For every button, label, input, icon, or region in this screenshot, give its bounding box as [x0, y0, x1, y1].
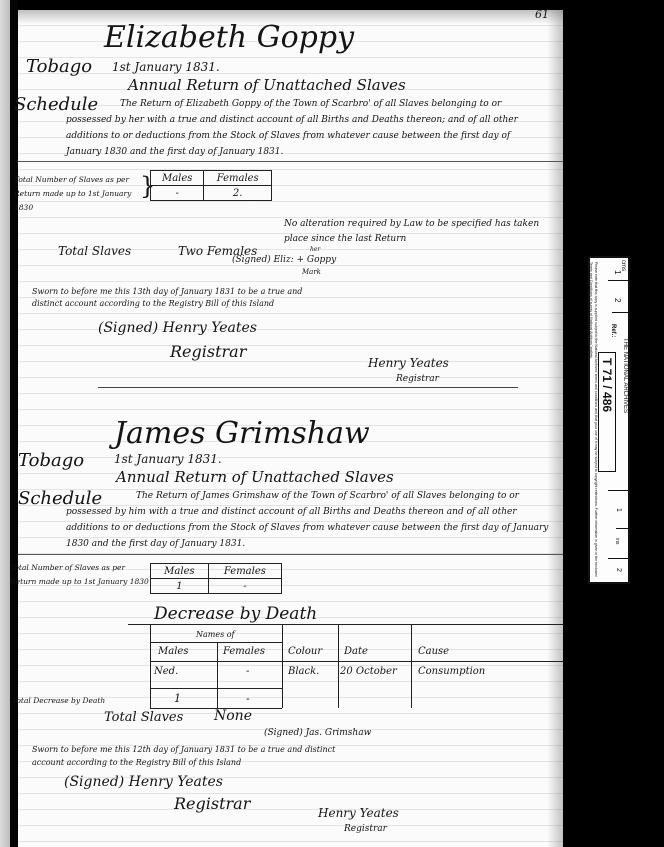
- owner-signature: (Signed) Eliz: + Goppy: [232, 255, 336, 265]
- registrar-autograph-title: Registrar: [396, 374, 439, 384]
- institution-name: THE NATIONAL ARCHIVES: [622, 338, 628, 413]
- schedule-text: The Return of Elizabeth Goppy of the Tow…: [66, 96, 548, 160]
- registrar-autograph: Henry Yeates: [368, 356, 449, 370]
- total-label: Total Slaves: [58, 244, 131, 258]
- divider: [18, 554, 563, 555]
- col-line: [150, 624, 151, 708]
- mark-under: Mark: [302, 268, 321, 276]
- total-females-decrease: -: [246, 692, 250, 705]
- register-page: 61 Elizabeth Goppy Tobago 1st January 18…: [18, 10, 563, 847]
- cell-male-name: Ned.: [154, 666, 178, 677]
- col-cause: Cause: [418, 646, 449, 657]
- total-males-decrease: 1: [174, 692, 181, 705]
- registrar-title: Registrar: [170, 342, 246, 361]
- males-header: Males: [151, 171, 204, 186]
- entry-date: 1st January 1831.: [112, 60, 220, 74]
- mark-over: her: [310, 246, 320, 253]
- page-number: 61: [535, 8, 549, 21]
- total-value: None: [214, 708, 252, 724]
- names-of-rule: [150, 642, 282, 643]
- registrar-title: Registrar: [174, 794, 250, 813]
- names-of-label: Names of: [196, 630, 235, 639]
- adjacent-page-edge: [0, 0, 10, 847]
- col-females: Females: [223, 646, 265, 657]
- ins-mark-1: 1: [615, 508, 622, 512]
- divider: [18, 161, 563, 162]
- females-count: -: [208, 579, 281, 594]
- oath-text: Sworn to before me this 12th day of Janu…: [32, 743, 352, 769]
- decrease-heading: Decrease by Death: [154, 604, 317, 624]
- registrar-autograph-title: Registrar: [344, 824, 387, 834]
- binding-gutter: [10, 0, 18, 847]
- owner-name: James Grimshaw: [114, 416, 370, 451]
- cell-female-name: -: [246, 666, 249, 677]
- cell-date: 20 October: [340, 666, 397, 677]
- col-line: [282, 624, 283, 708]
- registrar-signed: (Signed) Henry Yeates: [64, 774, 223, 790]
- entry-date: 1st January 1831.: [114, 452, 222, 466]
- cms-mark-1: 1: [613, 270, 622, 274]
- males-header: Males: [151, 564, 209, 579]
- previous-return-label: Total Number of Slaves as per Return mad…: [10, 561, 150, 589]
- oath-text: Sworn to before me this 13th day of Janu…: [32, 286, 332, 310]
- page-edge-shadow: [547, 10, 563, 847]
- cell-cause: Consumption: [418, 666, 485, 677]
- col-line: [217, 642, 218, 708]
- decrease-total-label: Total Decrease by Death: [12, 696, 105, 705]
- previous-return-label: Total Number of Slaves as per Return mad…: [14, 173, 144, 215]
- return-title: Annual Return of Unattached Slaves: [128, 76, 406, 94]
- counts-table: Males Females 1 -: [150, 563, 282, 594]
- return-title: Annual Return of Unattached Slaves: [116, 468, 394, 486]
- registrar-autograph: Henry Yeates: [318, 806, 399, 820]
- entry-divider: [98, 387, 518, 388]
- ins-mark-2: 2: [615, 568, 622, 572]
- scale-tick: [608, 558, 628, 559]
- counts-table: Males Females - 2.: [150, 170, 272, 201]
- decrease-rule: [128, 624, 563, 625]
- schedule-text: The Return of James Grimshaw of the Town…: [66, 488, 552, 552]
- females-header: Females: [204, 171, 272, 186]
- place: Tobago: [26, 56, 92, 77]
- no-alteration-note: No alteration required by Law to be spec…: [284, 217, 559, 247]
- females-header: Females: [208, 564, 281, 579]
- females-count: 2.: [204, 186, 272, 201]
- ref-label: Ref.:: [610, 324, 616, 337]
- totals-rule: [150, 688, 282, 689]
- owner-name: Elizabeth Goppy: [104, 20, 354, 55]
- scale-tick: [608, 280, 628, 281]
- cms-mark-2: 2: [613, 298, 622, 302]
- scale-tick: [608, 490, 628, 491]
- males-count: -: [151, 186, 204, 201]
- col-date: Date: [344, 646, 368, 657]
- registrar-signed: (Signed) Henry Yeates: [98, 320, 257, 336]
- ins-label: ins: [614, 538, 620, 544]
- header-rule: [150, 661, 563, 662]
- archive-reference-slip: cms 1 2 Ref.: T 71 / 486 THE NATIONAL AR…: [588, 256, 630, 584]
- scale-tick: [616, 528, 628, 529]
- col-line: [338, 624, 339, 708]
- ref-value: T 71 / 486: [600, 358, 614, 412]
- copyright-notice: Please note that this copy is supplied s…: [589, 262, 598, 582]
- males-count: 1: [151, 579, 209, 594]
- owner-signature: (Signed) Jas. Grimshaw: [264, 728, 371, 738]
- place: Tobago: [18, 450, 84, 471]
- col-colour: Colour: [288, 646, 322, 657]
- total-label: Total Slaves: [104, 710, 183, 725]
- col-males: Males: [158, 646, 188, 657]
- scale-tick: [612, 312, 628, 313]
- col-line: [411, 624, 412, 708]
- cell-colour: Black.: [288, 666, 319, 677]
